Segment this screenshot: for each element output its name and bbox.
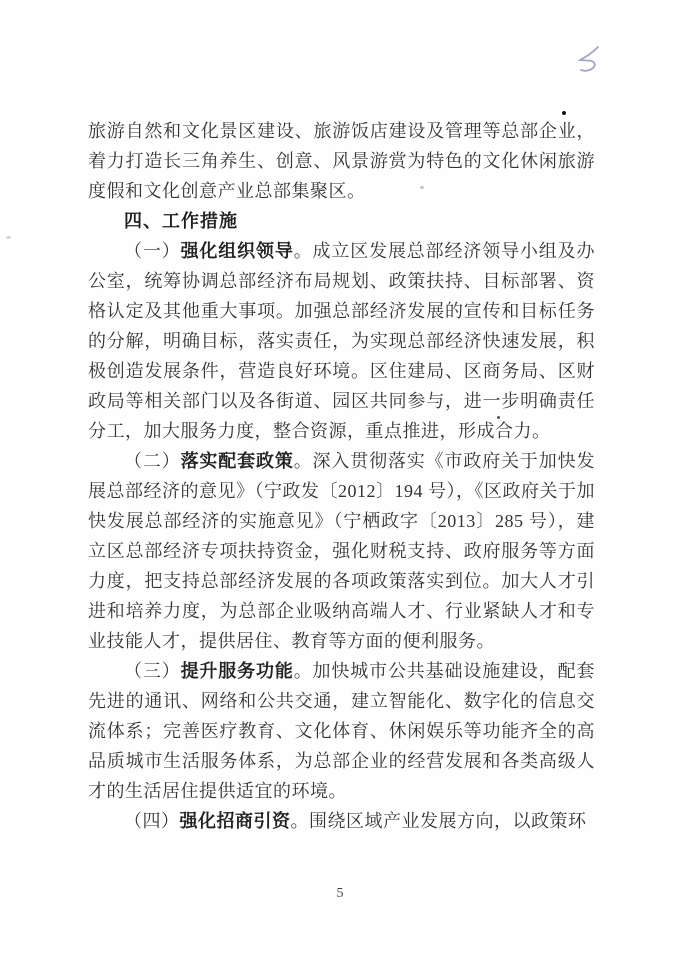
subsection-1-title: 强化组织领导: [181, 241, 294, 261]
scan-speck: [6, 236, 11, 239]
section-heading: 四、工作措施: [88, 206, 595, 236]
subsection-paragraph-1: （一）强化组织领导。成立区发展总部经济领导小组及办公室，统筹协调总部经济布局规划…: [88, 236, 595, 446]
subsection-2-title: 落实配套政策: [181, 451, 294, 471]
subsection-4-body: 。围绕区域产业发展方向，以政策环: [291, 811, 587, 831]
document-body-text: 旅游自然和文化景区建设、旅游饭店建设及管理等总部企业，着力打造长三角养生、创意、…: [88, 116, 595, 836]
scanned-document-page: 旅游自然和文化景区建设、旅游饭店建设及管理等总部企业，着力打造长三角养生、创意、…: [0, 0, 680, 962]
subsection-3-number: （三）: [124, 661, 181, 681]
subsection-4-number: （四）: [124, 811, 180, 831]
subsection-1-number: （一）: [124, 241, 181, 261]
page-number: 5: [0, 886, 680, 902]
subsection-paragraph-3: （三）提升服务功能。加快城市公共基础设施建设，配套先进的通讯、网络和公共交通，建…: [88, 656, 595, 806]
subsection-2-number: （二）: [124, 451, 181, 471]
subsection-3-body: 。加快城市公共基础设施建设，配套先进的通讯、网络和公共交通，建立智能化、数字化的…: [88, 661, 595, 801]
subsection-1-body: 。成立区发展总部经济领导小组及办公室，统筹协调总部经济布局规划、政策扶持、目标部…: [88, 241, 595, 441]
subsection-3-title: 提升服务功能: [181, 661, 294, 681]
continuation-paragraph: 旅游自然和文化景区建设、旅游饭店建设及管理等总部企业，着力打造长三角养生、创意、…: [88, 116, 595, 206]
ink-dot-artifact: [562, 111, 566, 115]
handwritten-pen-mark: [574, 44, 602, 78]
subsection-paragraph-4: （四）强化招商引资。围绕区域产业发展方向，以政策环: [88, 806, 595, 836]
subsection-2-body: 。深入贯彻落实《市政府关于加快发展总部经济的意见》（宁政发〔2012〕194 号…: [88, 451, 595, 651]
subsection-paragraph-2: （二）落实配套政策。深入贯彻落实《市政府关于加快发展总部经济的意见》（宁政发〔2…: [88, 446, 595, 656]
subsection-4-title: 强化招商引资: [180, 811, 291, 831]
